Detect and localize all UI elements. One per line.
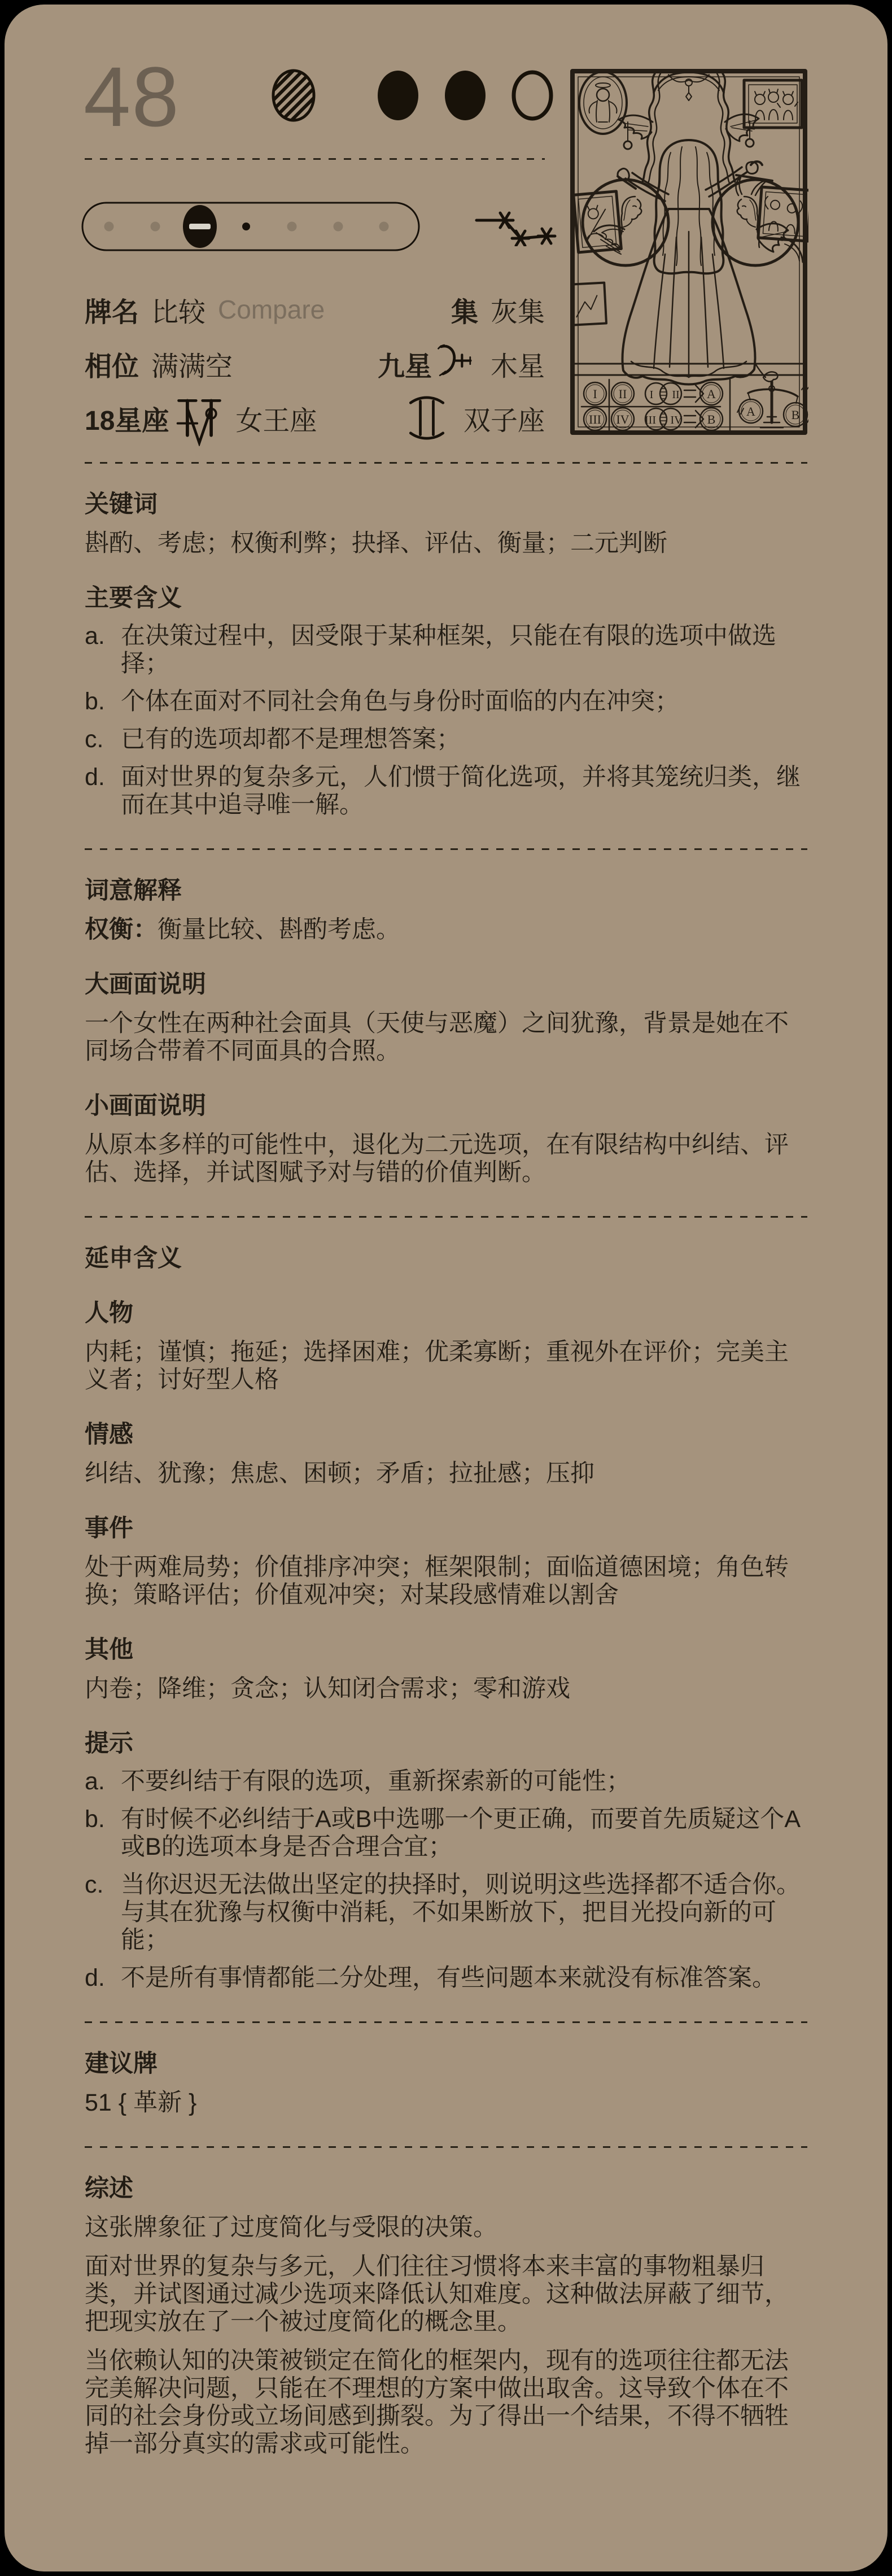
svg-text:IV: IV — [670, 414, 683, 426]
event-heading: 事件 — [85, 1515, 807, 1542]
minus-icon — [189, 224, 211, 229]
set-label: 集 — [451, 290, 478, 329]
card-name-value: 比较 — [151, 290, 205, 329]
filled-circle-icon — [445, 71, 486, 120]
svg-text:III: III — [589, 412, 601, 426]
nine-star-value: 木星 — [491, 345, 545, 383]
card-illustration: I II III IV I II A III IV B — [569, 68, 808, 436]
summary-heading: 综述 — [85, 2175, 807, 2203]
tips-list: a.不要纠结于有限的选项，重新探索新的可能性； b.有时候不必纠结于A或B中选哪… — [85, 1768, 807, 1992]
keywords-heading: 关键词 — [85, 491, 807, 518]
row-zodiac: 18星座 女王座 — [85, 402, 545, 434]
keywords-body: 斟酌、考虑；权衡利弊；抉择、评估、衡量；二元判断 — [85, 530, 807, 557]
phase-value: 满满空 — [151, 345, 233, 383]
constellation-icon — [473, 201, 558, 246]
svg-text:II: II — [672, 389, 679, 401]
row-phase: 相位 满满空 九星 木星 — [85, 348, 545, 380]
card-name-english: Compare — [218, 294, 325, 325]
zodiac-right-value: 双子座 — [464, 399, 545, 438]
outline-circle-icon — [514, 72, 551, 119]
svg-text:B: B — [792, 408, 800, 422]
list-item: b.个体在面对不同社会角色与身份时面临的内在冲突； — [85, 688, 807, 716]
word-explain-heading: 词意解释 — [85, 877, 807, 905]
event-body: 处于两难局势；价值排序冲突；框架限制；面临道德困境；角色转换；策略评估；价值观冲… — [85, 1554, 807, 1609]
list-item: c.当你迟迟无法做出坚定的抉择时，则说明这些选择都不适合你。与其在犹豫与权衡中消… — [85, 1871, 807, 1954]
emotion-heading: 情感 — [85, 1421, 807, 1449]
tarot-card-detail-page: 48 — [5, 5, 887, 2571]
small-picture-heading: 小画面说明 — [85, 1092, 807, 1120]
person-heading: 人物 — [85, 1300, 807, 1327]
svg-text:I: I — [593, 387, 597, 401]
list-item: d.不是所有事情都能二分处理，有些问题本来就没有标准答案。 — [85, 1964, 807, 1992]
section-divider — [85, 2021, 807, 2023]
gemini-icon — [407, 393, 447, 443]
summary-paragraph: 面对世界的复杂与多元，人们往往习惯将本来丰富的事物粗暴归类，并试图通过减少选项来… — [85, 2253, 807, 2336]
svg-text:IV: IV — [616, 412, 629, 426]
zodiac-label: 18星座 — [85, 399, 169, 438]
attribute-rows: 牌名 比较 Compare 集 灰集 相位 满满空 九星 — [85, 294, 545, 456]
other-body: 内卷；降维；贪念；认知闭合需求；零和游戏 — [85, 1675, 807, 1703]
set-value: 灰集 — [491, 290, 545, 329]
other-heading: 其他 — [85, 1636, 807, 1664]
jupiter-icon — [436, 343, 474, 384]
card-formula-diagram: I II III IV I II A III IV B — [581, 364, 808, 433]
suggestion-card: 51 { 革新 } — [85, 2089, 807, 2117]
main-meaning-list: a.在决策过程中，因受限于某种框架，只能在有限的选项中做选择； b.个体在面对不… — [85, 622, 807, 819]
row-card-name: 牌名 比较 Compare 集 灰集 — [85, 294, 545, 325]
word-explain-body: 权衡：衡量比较、斟酌考虑。 — [85, 916, 807, 944]
emotion-body: 纠结、犹豫；焦虑、困顿；矛盾；拉扯感；压抑 — [85, 1460, 807, 1488]
hatched-circle-icon — [273, 71, 314, 120]
header-divider — [85, 158, 545, 160]
svg-text:III: III — [645, 414, 656, 426]
list-item: a.在决策过程中，因受限于某种框架，只能在有限的选项中做选择； — [85, 622, 807, 678]
svg-text:B: B — [707, 412, 716, 426]
list-item: b.有时候不必纠结于A或B中选哪一个更正确，而要首先质疑这个A或B的选项本身是否… — [85, 1806, 807, 1861]
suggestion-heading: 建议牌 — [85, 2050, 807, 2078]
phase-label: 相位 — [85, 345, 139, 383]
section-divider — [85, 462, 807, 464]
nine-star-label: 九星 — [378, 345, 432, 383]
tips-heading: 提示 — [85, 1730, 807, 1758]
list-item: a.不要纠结于有限的选项，重新探索新的可能性； — [85, 1768, 807, 1795]
queen-constellation-icon — [173, 390, 225, 446]
phase-dots-icon — [272, 68, 559, 123]
zodiac-value: 女王座 — [235, 399, 317, 438]
list-item: d.面对世界的复杂多元，人们惯于简化选项，并将其笼统归类，继而在其中追寻唯一解。 — [85, 764, 807, 819]
card-name-label: 牌名 — [85, 290, 139, 329]
summary-paragraph: 这张牌象征了过度简化与受限的决策。 — [85, 2214, 807, 2242]
section-divider — [85, 848, 807, 850]
person-body: 内耗；谨慎；拖延；选择困难；优柔寡断；重视外在评价；完美主义者；讨好型人格 — [85, 1339, 807, 1394]
summary-paragraph: 当依赖认知的决策被锁定在简化的框架内，现有的选项往往都无法完美解决问题，只能在不… — [85, 2347, 807, 2458]
big-picture-body: 一个女性在两种社会面具（天使与恶魔）之间犹豫，背景是她在不同场合带着不同面具的合… — [85, 1010, 807, 1065]
list-item: c.已有的选项却都不是理想答案； — [85, 726, 807, 753]
svg-text:A: A — [707, 387, 716, 401]
big-picture-heading: 大画面说明 — [85, 971, 807, 999]
svg-text:A: A — [746, 404, 755, 419]
filled-circle-icon — [378, 71, 418, 120]
svg-text:I: I — [650, 389, 654, 401]
main-meaning-heading: 主要含义 — [85, 585, 807, 612]
svg-text:II: II — [619, 387, 627, 401]
card-description: 关键词 斟酌、考虑；权衡利弊；抉择、评估、衡量；二元判断 主要含义 a.在决策过… — [85, 462, 807, 2458]
section-divider — [85, 1216, 807, 1218]
card-number: 48 — [84, 54, 180, 139]
small-picture-body: 从原本多样的可能性中，退化为二元选项，在有限结构中纠结、评估、选择，并试图赋予对… — [85, 1131, 807, 1187]
section-divider — [85, 2146, 807, 2148]
position-slider[interactable] — [80, 199, 421, 254]
balance-scale-icon: A B — [737, 364, 808, 428]
extended-heading: 延申含义 — [85, 1245, 807, 1272]
